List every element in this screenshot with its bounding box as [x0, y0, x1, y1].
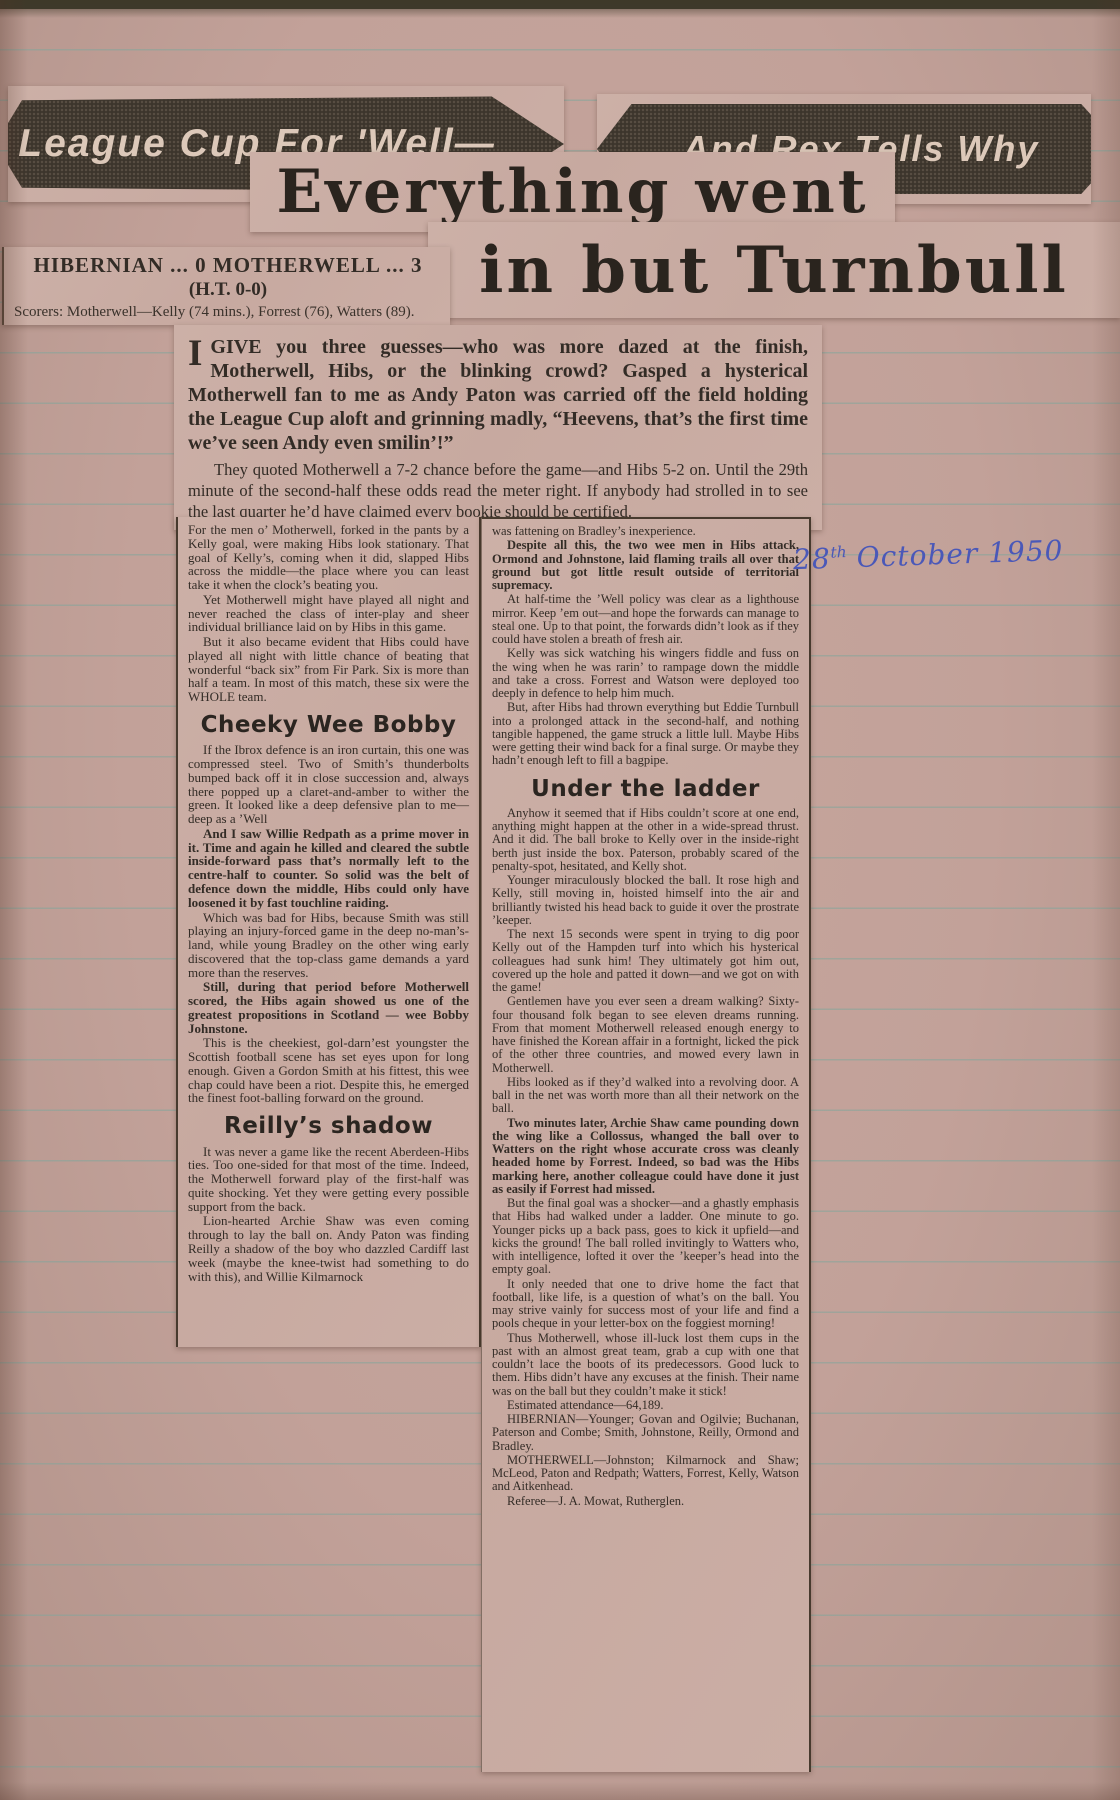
article-paragraph: Gentlemen have you ever seen a dream wal… — [492, 995, 799, 1075]
subhead-reillys-shadow: Reilly’s shadow — [188, 1114, 469, 1138]
lead-paragraph-text: GIVE you three guesses—who was more daze… — [188, 336, 808, 454]
scrapbook-top-edge — [0, 0, 1120, 9]
article-paragraph: This is the cheekiest, gol-darn’est youn… — [188, 1036, 469, 1105]
article-paragraph: The next 15 seconds were spent in trying… — [492, 928, 799, 994]
article-paragraph: Lion-hearted Archie Shaw was even coming… — [188, 1214, 469, 1283]
article-paragraph: And I saw Willie Redpath as a prime move… — [188, 827, 469, 910]
attendance-line: Estimated attendance—64,189. — [492, 1399, 799, 1412]
article-paragraph: Thus Motherwell, whose ill-luck lost the… — [492, 1332, 799, 1398]
headline-line2: in but Turnbull — [428, 222, 1120, 318]
article-paragraph: But the final goal was a shocker—and a g… — [492, 1197, 799, 1277]
scorers-line: Scorers: Motherwell—Kelly (74 mins.), Fo… — [14, 304, 442, 321]
lead-paragraph: IGIVE you three guesses—who was more daz… — [188, 335, 808, 455]
referee-line: Referee—J. A. Mowat, Rutherglen. — [492, 1495, 799, 1508]
dropcap-initial: I — [188, 335, 210, 369]
article-paragraph: Younger miraculously blocked the ball. I… — [492, 874, 799, 927]
article-paragraph: Still, during that period before Motherw… — [188, 980, 469, 1035]
handwritten-date: 28th October 1950 — [793, 533, 1094, 576]
match-result: HIBERNIAN ... 0 MOTHERWELL ... 3 — [14, 253, 442, 278]
subhead-under-the-ladder: Under the ladder — [492, 777, 799, 801]
handwritten-date-suffix: th — [830, 543, 847, 562]
article-paragraph: Hibs looked as if they’d walked into a r… — [492, 1076, 799, 1116]
article-paragraph: If the Ibrox defence is an iron curtain,… — [188, 743, 469, 826]
article-paragraph: But, after Hibs had thrown everything bu… — [492, 701, 799, 767]
article-paragraph: Despite all this, the two wee men in Hib… — [492, 539, 799, 592]
article-paragraph: It only needed that one to drive home th… — [492, 1278, 799, 1331]
halftime-score: (H.T. 0-0) — [14, 279, 442, 301]
article-paragraph: For the men o’ Motherwell, forked in the… — [188, 523, 469, 592]
headline-line1: Everything went — [250, 152, 895, 232]
odds-paragraph: They quoted Motherwell a 7-2 chance befo… — [188, 459, 808, 522]
handwritten-date-rest: October 1950 — [846, 534, 1064, 575]
article-left-column: For the men o’ Motherwell, forked in the… — [176, 517, 481, 1347]
subhead-cheeky-wee-bobby: Cheeky Wee Bobby — [188, 713, 469, 737]
lead-clipping: IGIVE you three guesses—who was more daz… — [174, 325, 822, 530]
article-paragraph: Yet Motherwell might have played all nig… — [188, 593, 469, 634]
article-right-column: was fattening on Bradley’s inexperience.… — [481, 517, 811, 1772]
article-paragraph: Kelly was sick watching his wingers fidd… — [492, 647, 799, 700]
scorebox-clipping: HIBERNIAN ... 0 MOTHERWELL ... 3 (H.T. 0… — [2, 247, 450, 325]
article-paragraph: It was never a game like the recent Aber… — [188, 1145, 469, 1214]
article-paragraph: Two minutes later, Archie Shaw came poun… — [492, 1117, 799, 1197]
article-paragraph: At half-time the ’Well policy was clear … — [492, 593, 799, 646]
handwritten-date-day: 28 — [793, 542, 832, 576]
article-paragraph: was fattening on Bradley’s inexperience. — [492, 525, 799, 538]
article-paragraph: Anyhow it seemed that if Hibs couldn’t s… — [492, 807, 799, 873]
scrapbook-page: League Cup For 'Well— And Rex Tells Why … — [0, 0, 1120, 1800]
hibernian-lineup: HIBERNIAN—Younger; Govan and Ogilvie; Bu… — [492, 1413, 799, 1453]
article-paragraph: Which was bad for Hibs, because Smith wa… — [188, 911, 469, 980]
article-paragraph: But it also became evident that Hibs cou… — [188, 635, 469, 704]
motherwell-lineup: MOTHERWELL—Johnston; Kilmarnock and Shaw… — [492, 1454, 799, 1494]
